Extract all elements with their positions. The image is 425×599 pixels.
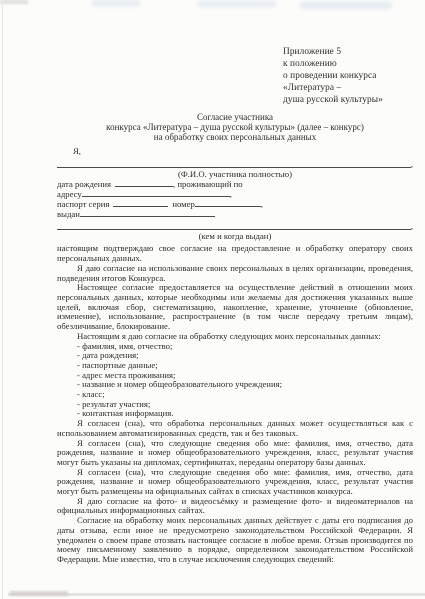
paragraph-consent-use: Я даю согласие на использование своих пе… (57, 264, 413, 283)
issued-line: выдан (57, 209, 413, 219)
scan-artifact-left-edge (2, 0, 3, 599)
document-title: Согласие участника конкурса «Литература … (57, 113, 413, 143)
scan-artifact-top-smudge-2 (198, 1, 276, 7)
paragraph-validity: Согласие на обработку моих персональных … (57, 516, 413, 565)
participant-form: Я, , (Ф.И.О. участника полностью) дата р… (57, 147, 413, 241)
birthdate-line: дата рождения, проживающий по (57, 179, 413, 189)
issued-by-blank-field (57, 223, 411, 230)
passport-series-label: паспорт серия (57, 199, 109, 209)
paragraph-consent-automated: Я согласен (сна), что обработка персонал… (57, 419, 413, 438)
scan-artifact-top-smudge-3 (300, 2, 392, 9)
page-content: Приложение 5 к положению о проведении ко… (57, 46, 413, 565)
scan-artifact-top-smudge-1 (92, 0, 140, 6)
appendix-line-2: к положению (283, 58, 413, 70)
fio-caption: (Ф.И.О. участника полностью) (57, 170, 413, 180)
comma: , (411, 160, 413, 170)
scan-artifact-bottom-mark (10, 591, 68, 596)
appendix-line-4: «Литература – (283, 82, 413, 94)
birthdate-label: дата рождения (57, 179, 111, 189)
comma: , (261, 199, 263, 209)
scanned-consent-document: Приложение 5 к положению о проведении ко… (0, 0, 425, 599)
passport-line: паспорт серияномер, (57, 199, 413, 209)
scan-artifact-bottom-edge (8, 593, 425, 596)
paragraph-consent-sites: Я согласен (сна), что следующие сведения… (57, 468, 413, 497)
appendix-line-5: душа русской культуры» (283, 94, 413, 106)
paragraph-consent-diplomas: Я согласен (сна), что следующие сведения… (57, 439, 413, 468)
address-line: адресу, (57, 189, 413, 199)
issued-label: выдан (57, 209, 80, 219)
scan-artifact-corner-mark (0, 0, 28, 4)
address-label: адресу (57, 189, 82, 199)
passport-number-label: номер (172, 199, 195, 209)
passport-series-blank-field (113, 200, 168, 207)
paragraph-consent-photo: Я даю согласие на фото- и видеосъёмку и … (57, 497, 413, 516)
pronoun-line: Я, (57, 147, 413, 157)
birthdate-blank-field (115, 180, 173, 187)
appendix-note: Приложение 5 к положению о проведении ко… (283, 46, 413, 106)
issued-blank-field (80, 210, 215, 217)
title-line-3: на обработку своих персональных данных (57, 133, 413, 143)
appendix-line-3: о проведении конкурса (283, 70, 413, 82)
address-blank-field (82, 190, 230, 197)
comma: , (411, 222, 413, 232)
personal-data-item-5: - название и номер общеобразовательного … (57, 380, 413, 390)
paragraph-confirm: настоящим подтверждаю свое согласие на п… (57, 244, 413, 263)
paragraph-consent-actions: Настоящее согласие предоставляется на ос… (57, 283, 413, 332)
comma: , (230, 189, 232, 199)
fio-blank-field (57, 161, 411, 168)
residing-label: , проживающий по (173, 179, 243, 189)
issued-caption: (кем и когда выдан) (57, 232, 413, 242)
passport-number-blank-field (195, 200, 261, 207)
appendix-line-1: Приложение 5 (283, 46, 413, 58)
consent-text: настоящим подтверждаю свое согласие на п… (57, 244, 413, 564)
